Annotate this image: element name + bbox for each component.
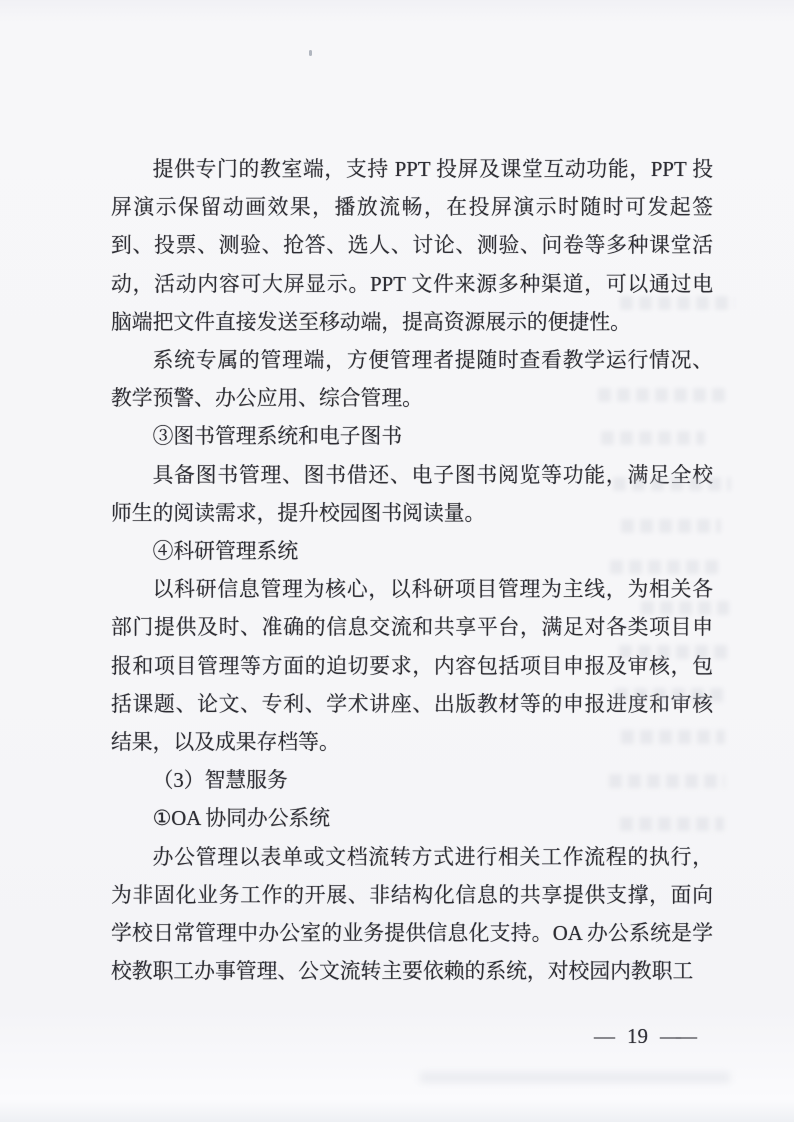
section-heading: ①OA 协同办公系统 bbox=[111, 800, 713, 838]
paragraph: 具备图书管理、图书借还、电子图书阅览等功能，满足全校师生的阅读需求，提升校园图书… bbox=[111, 457, 713, 533]
page-footer: — 19 —— bbox=[594, 1020, 692, 1052]
section-heading: ④科研管理系统 bbox=[111, 533, 713, 571]
scan-speck-artifact bbox=[309, 50, 312, 56]
footer-dash-left: — bbox=[594, 1020, 615, 1052]
paragraph: 提供专门的教室端，支持 PPT 投屏及课堂互动功能，PPT 投屏演示保留动画效果… bbox=[111, 151, 713, 342]
section-heading: ③图书管理系统和电子图书 bbox=[111, 418, 713, 456]
footer-dash-right: —— bbox=[660, 1020, 692, 1052]
document-body: 提供专门的教室端，支持 PPT 投屏及课堂互动功能，PPT 投屏演示保留动画效果… bbox=[111, 151, 713, 991]
section-heading: （3）智慧服务 bbox=[111, 762, 713, 800]
paragraph: 系统专属的管理端，方便管理者提随时查看教学运行情况、教学预警、办公应用、综合管理… bbox=[111, 342, 713, 418]
scan-smudge-artifact bbox=[420, 1072, 730, 1083]
document-page: 提供专门的教室端，支持 PPT 投屏及课堂互动功能，PPT 投屏演示保留动画效果… bbox=[0, 0, 794, 1122]
page-number: 19 bbox=[627, 1020, 648, 1052]
paragraph: 办公管理以表单或文档流转方式进行相关工作流程的执行，为非固化业务工作的开展、非结… bbox=[111, 839, 713, 992]
paragraph: 以科研信息管理为核心，以科研项目管理为主线，为相关各部门提供及时、准确的信息交流… bbox=[111, 571, 713, 762]
